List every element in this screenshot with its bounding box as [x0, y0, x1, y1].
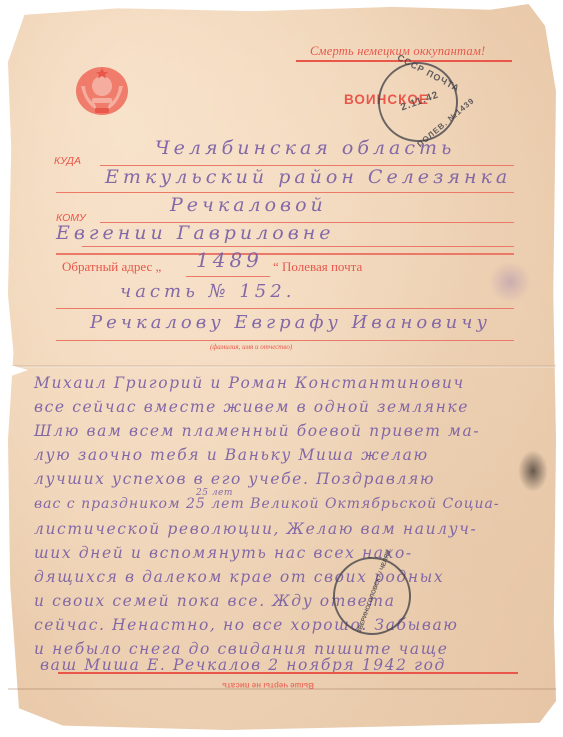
faded-violet-stamp	[488, 262, 532, 302]
letter-line-6: вас с праздником 25 лет Великой Октябрьс…	[34, 496, 500, 512]
fold-crease-top	[8, 365, 556, 368]
ink-blot	[518, 450, 548, 492]
line-whom-2	[82, 246, 514, 247]
letter-line-2: все сейчас вместе живем в одной землянке	[34, 398, 469, 416]
address-to-line-1: Челябинская область	[155, 137, 455, 159]
soviet-coat-of-arms-icon	[75, 64, 129, 118]
sender-caption: (фамилия, имя и отчество)	[210, 343, 292, 351]
torn-notch	[0, 362, 28, 380]
unit-line: часть № 152.	[120, 281, 295, 302]
address-whom-line-1: Речкаловой	[170, 194, 327, 216]
letter-line-7: листической революции, Желаю вам наилуч-	[34, 520, 477, 538]
line-field-post-number	[186, 276, 270, 277]
letter-line-5: лучших успехов в его учебе. Поздравляю	[34, 470, 435, 488]
close-quote: “	[273, 259, 282, 274]
mirrored-footer-note: Выше черты не писать	[222, 681, 314, 690]
return-address-label-text: Обратный адрес	[62, 259, 152, 274]
open-quote: „	[156, 259, 162, 274]
sender-name: Речкалову Евграфу Ивановичу	[90, 312, 491, 333]
field-post-number: 1489	[196, 248, 263, 272]
line-divider	[56, 253, 514, 255]
letter-line-3: Шлю вам всем пламенный боевой привет ма-	[34, 422, 480, 440]
letter-line-4: лую заочно тебя и Ваньку Миша желаю	[34, 446, 429, 464]
field-post-label-text: Полевая почта	[282, 259, 362, 274]
line-sender	[56, 340, 514, 341]
line-unit	[56, 308, 514, 309]
address-to-line-2: Еткульский район Селезянка	[105, 166, 511, 188]
label-return-address: Обратный адрес „	[62, 259, 161, 275]
address-whom-line-2: Евгении Гавриловне	[56, 222, 335, 244]
letter-line-1: Михаил Григорий и Роман Константинович	[34, 374, 465, 392]
label-to: КУДА	[54, 155, 81, 167]
label-field-post: “ Полевая почта	[273, 259, 362, 275]
bottom-divider	[58, 672, 518, 674]
